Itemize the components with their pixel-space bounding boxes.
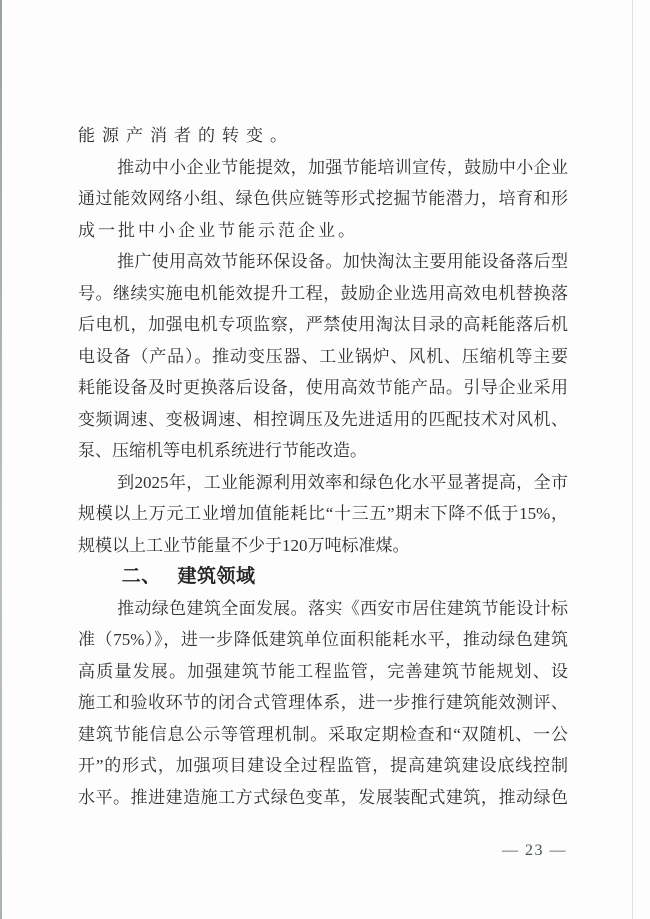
text-line: 后电机，加强电机专项监察，严禁使用淘汰目录的高耗能落后机 [78,309,568,341]
text-line: 水平。推进建造施工方式绿色变革，发展装配式建筑，推动绿色 [78,782,568,814]
page-number: — 23 — [0,839,567,863]
text-line: 电设备（产品）。推动变压器、工业锅炉、风机、压缩机等主要 [78,341,568,373]
text-line: 推广使用高效节能环保设备。加快淘汰主要用能设备落后型 [78,246,568,278]
section-heading: 二、 建筑领域 [78,561,568,593]
text-line: 变频调速、变极调速、相控调压及先进适用的匹配技术对风机、 [78,404,568,436]
text-line: 施工和验收环节的闭合式管理体系，进一步推行建筑能效测评、 [78,687,568,719]
text-line: 规模以上工业节能量不少于120万吨标准煤。 [78,530,568,562]
text-line: 准（75%）》，进一步降低建筑单位面积能耗水平，推动绿色建筑 [78,624,568,656]
text-line: 到2025年，工业能源利用效率和绿色化水平显著提高，全市 [78,467,568,499]
text-line: 泵、压缩机等电机系统进行节能改造。 [78,435,568,467]
text-line: 推动中小企业节能提效，加强节能培训宣传，鼓励中小企业 [78,152,568,184]
text-line: 号。继续实施电机能效提升工程，鼓励企业选用高效电机替换落 [78,278,568,310]
text-line: 建筑节能信息公示等管理机制。采取定期检查和“双随机、一公 [78,719,568,751]
text-line: 通过能效网络小组、绿色供应链等形式挖掘节能潜力，培育和形 [78,183,568,215]
scan-edge-right-line [632,0,633,919]
text-line: 开”的形式，加强项目建设全过程监管，提高建筑建设底线控制 [78,750,568,782]
document-body: 能源产消者的转变。推动中小企业节能提效，加强节能培训宣传，鼓励中小企业通过能效网… [78,120,568,813]
text-line: 耗能设备及时更换落后设备，使用高效节能产品。引导企业采用 [78,372,568,404]
text-line: 能源产消者的转变。 [78,120,568,152]
text-line: 高质量发展。加强建筑节能工程监管，完善建筑节能规划、设计、 [78,656,568,688]
text-line: 成一批中小企业节能示范企业。 [78,215,568,247]
text-line: 推动绿色建筑全面发展。落实《西安市居住建筑节能设计标 [78,593,568,625]
text-line: 规模以上万元工业增加值能耗比“十三五”期末下降不低于15%， [78,498,568,530]
scan-edge-left-line [0,0,2,919]
